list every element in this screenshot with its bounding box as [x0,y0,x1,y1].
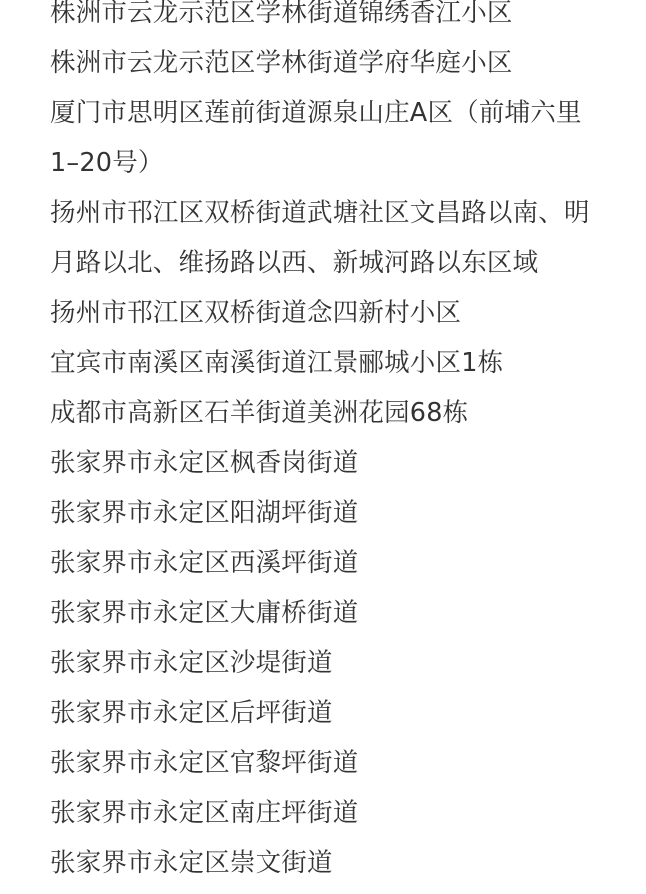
address-line: 张家界市永定区南庄坪街道 [50,788,610,838]
address-line: 张家界市永定区枫香岗街道 [50,438,610,488]
address-line: 成都市高新区石羊街道美洲花园68栋 [50,388,610,438]
address-line: 张家界市永定区大庸桥街道 [50,588,610,638]
address-line: 张家界市永定区后坪街道 [50,688,610,738]
address-line: 扬州市邗江区双桥街道念四新村小区 [50,288,610,338]
address-line: 张家界市永定区沙堤街道 [50,638,610,688]
address-line: 张家界市永定区官黎坪街道 [50,738,610,788]
address-line: 扬州市邗江区双桥街道武塘社区文昌路以南、明 [50,188,610,238]
address-line: 宜宾市南溪区南溪街道江景郦城小区1栋 [50,338,610,388]
address-line-continuation: 月路以北、维扬路以西、新城河路以东区域 [50,238,610,288]
address-line: 厦门市思明区莲前街道源泉山庄A区（前埔六里 [50,88,610,138]
address-line-continuation: 1–20号） [50,138,610,188]
address-line: 张家界市永定区阳湖坪街道 [50,488,610,538]
address-line: 张家界市永定区崇文街道 [50,838,610,888]
address-line: 株洲市云龙示范区学林街道锦绣香江小区 [50,0,610,38]
address-line: 株洲市云龙示范区学林街道学府华庭小区 [50,38,610,88]
address-list: 株洲市云龙示范区学林街道锦绣香江小区 株洲市云龙示范区学林街道学府华庭小区 厦门… [50,0,610,888]
address-line: 张家界市永定区西溪坪街道 [50,538,610,588]
